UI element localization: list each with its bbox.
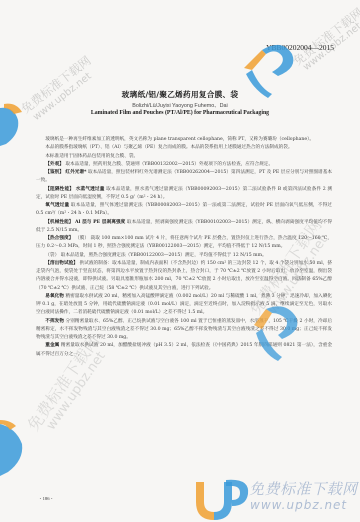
section-label: 【热合强度】 — [45, 236, 73, 241]
section-label: 【机械性能】 — [45, 220, 73, 225]
section-label: 【鉴别】 — [45, 170, 64, 175]
page-number: ・186・ — [38, 496, 54, 502]
section-sublabel: 氧气透过量 — [45, 203, 69, 208]
section-tag: （袋） — [45, 253, 59, 258]
section-appearance: 【外观】 取本品适量，照药用复合膜、袋通则（YBB00132002—2015）外… — [36, 161, 332, 169]
section-text: 取本品适量，照热合强度测定法（YBB00122003—2015）测定，平均值不得… — [61, 253, 267, 258]
title-english: Laminated Film and Pouches (PT/Al/PE) fo… — [0, 110, 360, 116]
watermark-logo-site-name: 免费标准下载网 — [249, 478, 358, 499]
intro-paragraph-3: 本标准适用于固体药品包装用的复合膜、袋。 — [36, 153, 332, 161]
section-text: 取本品适量，照气体透过量测定法（YBB00082003—2015）第一法或第二法… — [36, 203, 332, 216]
section-barrier-wvtr: 【阻隔性能】 水蒸气透过量 取本品适量，照水蒸气透过量测定法（YBB000920… — [36, 186, 332, 203]
section-sublabel: 水蒸气透过量 — [76, 187, 105, 192]
section-label: 【溶出物试验】 — [45, 261, 78, 266]
section-identification: 【鉴别】 红外光谱* 取本品适量，照包装材料红外光谱测定法（YBB0026200… — [36, 169, 332, 186]
section-sublabel: 易氧化物 — [45, 294, 64, 299]
up-logo-icon — [0, 420, 28, 480]
section-tag: （膜） — [75, 236, 89, 241]
document-page: YBB00202004—2015 玻璃纸/铝/聚乙烯药用复合膜、袋 Bolizh… — [0, 0, 360, 522]
section-sublabel: 不挥发物 — [45, 319, 64, 324]
intro-paragraph-2: 本品的膜系指玻璃纸（PT）、铝（Al）与聚乙烯（PE）复合而成的膜。本品的袋系指… — [36, 144, 332, 152]
section-barrier-o2: 氧气透过量 取本品适量，照气体透过量测定法（YBB00082003—2015）第… — [36, 202, 332, 219]
section-sublabel: 重金属 — [45, 343, 59, 348]
section-mechanical: 【机械性能】 Al 层与 PE 层剥离强度 取本品适量，照剥离强度测定法（YBB… — [36, 219, 332, 236]
section-text: 取本品适量，照药用复合膜、袋通则（YBB00132002—2015）外观项下的方… — [65, 162, 273, 167]
section-sublabel: 红外光谱* — [65, 170, 86, 175]
watermark-logo: 免费标准下载网 www.upbz.net — [192, 476, 360, 522]
up-logo-icon — [192, 476, 250, 522]
watermark-logo-url: www.upbz.net — [250, 498, 347, 512]
section-sublabel: Al 层与 PE 层剥离强度 — [75, 220, 125, 225]
intro-paragraph-1: 玻璃纸是一种再生纤维素加工的透明纸，英文名称为 plane transparen… — [36, 136, 332, 144]
section-label: 【外观】 — [45, 162, 64, 167]
section-label: 【阻隔性能】 — [45, 187, 74, 192]
